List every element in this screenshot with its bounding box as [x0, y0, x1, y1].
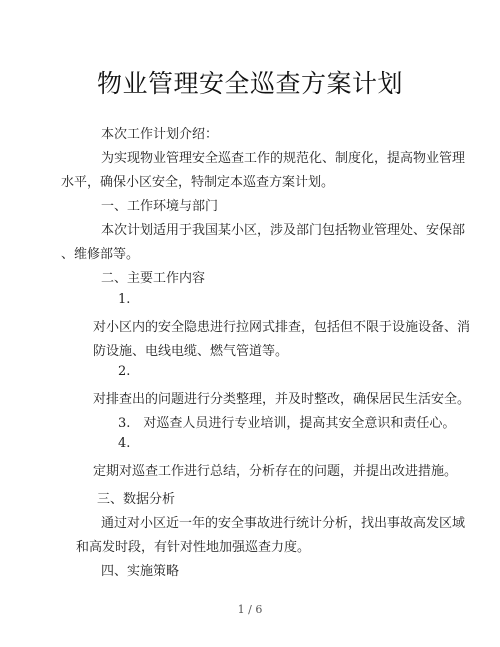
paragraph-line: 为实现物业管理安全巡查工作的规范化、制度化，提高物业管理 — [101, 147, 465, 166]
paragraph-line: 和高发时段，有针对性地加强巡查力度。 — [76, 536, 310, 555]
paragraph-line: 4. — [118, 436, 130, 451]
paragraph-line: 本次计划适用于我国某小区，涉及部门包括物业管理处、安保部 — [101, 219, 465, 238]
document-title: 物业管理安全巡查方案计划 — [0, 64, 500, 100]
paragraph-line: 二、主要工作内容 — [101, 267, 205, 286]
paragraph-line: 水平，确保小区安全，特制定本巡查方案计划。 — [61, 171, 334, 190]
paragraph-line: 定期对巡查工作进行总结，分析存在的问题，并提出改进措施。 — [93, 460, 457, 479]
paragraph-line: 通过对小区近一年的安全事故进行统计分析，找出事故高发区域 — [101, 512, 465, 531]
paragraph-line: 三、数据分析 — [97, 488, 175, 507]
paragraph-line: 、维修部等。 — [61, 243, 139, 262]
paragraph-line: 防设施、电线电缆、燃气管道等。 — [93, 340, 288, 359]
paragraph-line: 对排查出的问题进行分类整理，并及时整改，确保居民生活安全。 — [93, 388, 470, 407]
paragraph-line: 3. 对巡查人员进行专业培训，提高其安全意识和责任心。 — [118, 412, 455, 431]
paragraph-line: 一、工作环境与部门 — [101, 195, 218, 214]
paragraph-line: 2. — [118, 364, 130, 379]
paragraph-line: 对小区内的安全隐患进行拉网式排查，包括但不限于设施设备、消 — [93, 316, 470, 335]
paragraph-line: 四、实施策略 — [101, 560, 179, 579]
paragraph-line: 本次工作计划介绍： — [101, 123, 218, 142]
page-indicator: 1 / 6 — [0, 603, 500, 616]
paragraph-line: 1. — [118, 292, 130, 307]
